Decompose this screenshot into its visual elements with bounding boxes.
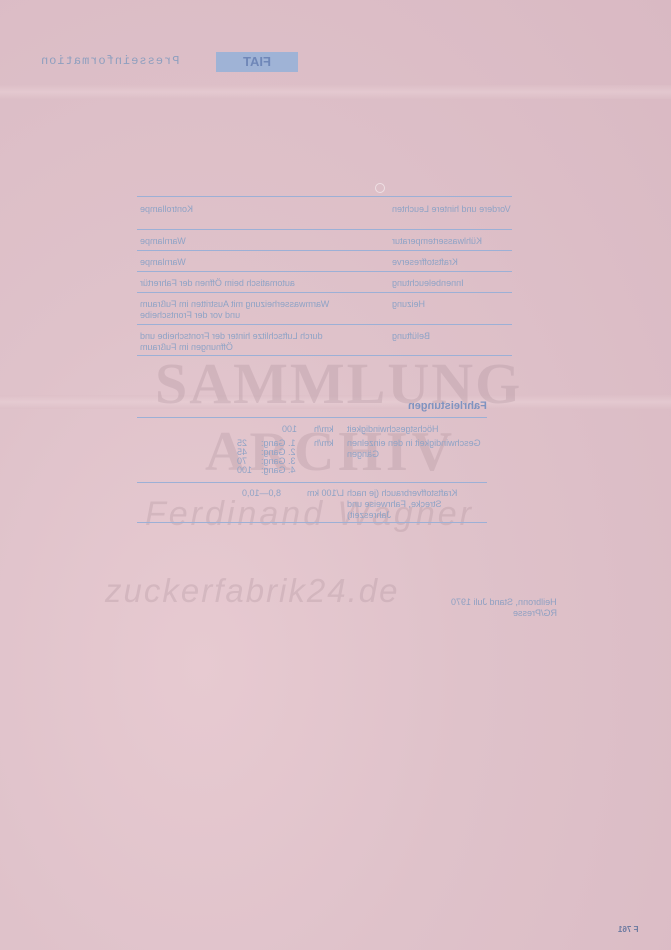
divider (137, 417, 487, 418)
watermark: zuckerfabrik24.de (105, 572, 399, 610)
fuel-unit: L/100 km (307, 488, 357, 499)
press-header: Presseinformation FIAT (40, 52, 260, 70)
row-value: Warnlampe (140, 257, 340, 268)
row-value: Warnlampe (140, 236, 340, 247)
row-value: Warmwasserheizung mit Austritten im Fußr… (140, 299, 340, 321)
row-label: Kraftstoffreserve (392, 257, 512, 268)
header-title: Presseinformation (40, 54, 179, 68)
divider (137, 324, 512, 325)
page-number: F 761 (618, 925, 638, 934)
divider (137, 271, 512, 272)
divider (137, 250, 512, 251)
brand-logo: FIAT (216, 52, 298, 72)
row-label: Innenbeleuchtung (392, 278, 512, 289)
row-value: automatisch beim Öffnen der Fahrertür (140, 278, 340, 289)
divider (137, 292, 512, 293)
footer: Heilbronn, Stand Juli 1970 RG/Presse (437, 597, 557, 619)
fuel-label: Kraftstoffverbrauch (je nach Strecke, Fa… (347, 488, 487, 521)
footer-line-1: Heilbronn, Stand Juli 1970 (451, 597, 557, 608)
footer-line-2: RG/Presse (513, 608, 557, 619)
section-title-text: Fahrleistungen (408, 400, 487, 412)
row-label: Belüftung (392, 331, 512, 342)
gear-speeds-label: Geschwindigkeit in den einzelnen Gängen (347, 438, 487, 460)
fold-crease (0, 85, 671, 99)
row-value: Kontrollampe (140, 204, 340, 215)
top-speed-value: 100 (282, 424, 332, 435)
divider (137, 482, 487, 483)
scanned-page: SAMMLUNG ARCHIV Ferdinand Wagner zuckerf… (0, 0, 671, 950)
divider (137, 355, 512, 356)
table-row: Vordere und hintere Leuchten Kontrollamp… (137, 204, 512, 226)
top-speed-label: Höchstgeschwindigkeit (347, 424, 487, 435)
divider (137, 229, 512, 230)
row-label: Kühlwassertemperatur (392, 236, 512, 247)
row-label: Vordere und hintere Leuchten (392, 204, 512, 215)
gear-speeds-unit: km/h (314, 438, 354, 449)
row-label: Heizung (392, 299, 512, 310)
paper-mark (375, 183, 385, 193)
fuel-value: 8,0—10,0 (242, 488, 302, 499)
divider (137, 196, 512, 197)
divider (137, 522, 487, 523)
row-value: durch Luftschlitze hinter der Frontschei… (140, 331, 340, 353)
section-title: Fahrleistungen (137, 400, 487, 412)
gear-value: 100 (237, 465, 277, 476)
